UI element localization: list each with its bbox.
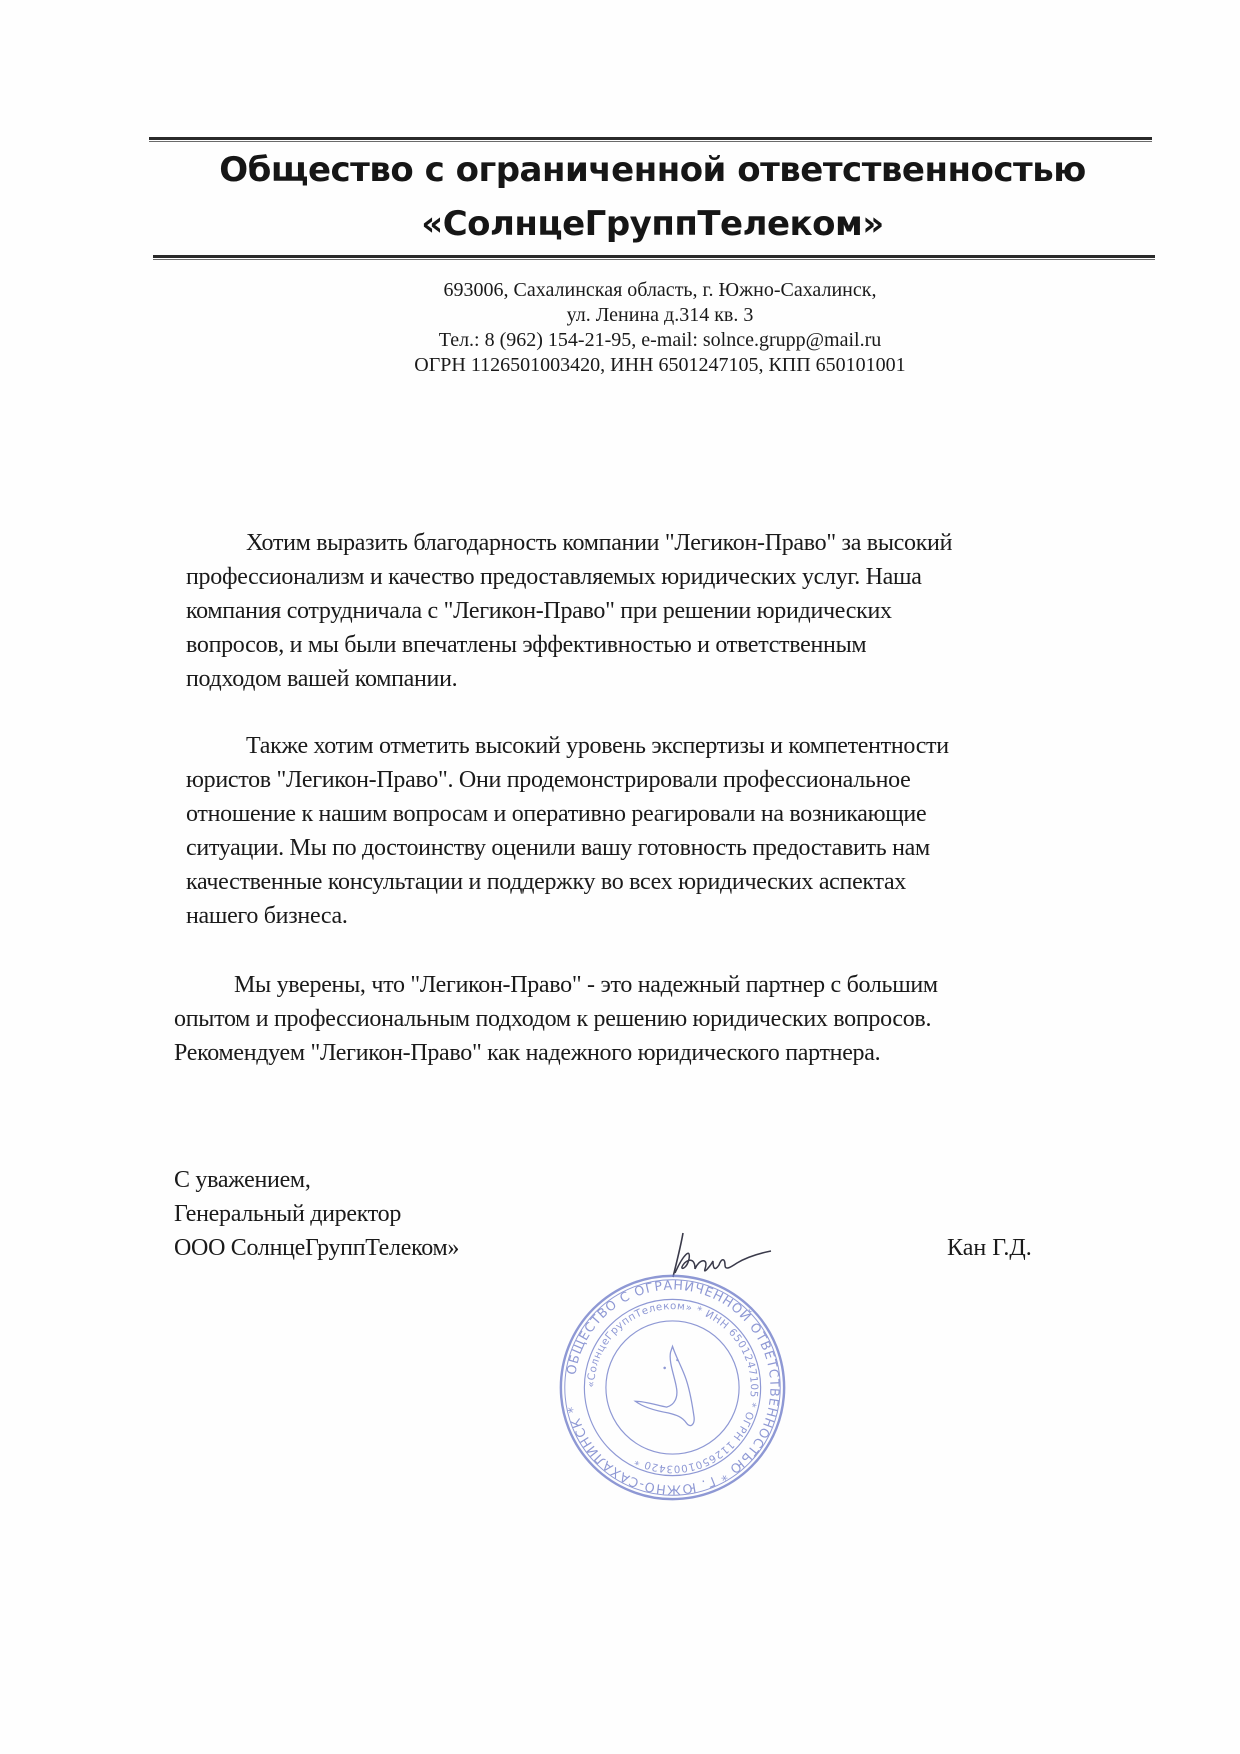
paragraph-gratitude: Хотим выразить благодарность компании "Л…	[186, 526, 952, 696]
paragraph-line: Также хотим отметить высокий уровень экс…	[186, 729, 949, 763]
address-line2: ул. Ленина д.314 кв. 3	[300, 303, 1020, 328]
salutation: С уважением,	[174, 1163, 459, 1197]
paragraph-line: качественные консультации и поддержку во…	[186, 865, 949, 899]
paragraph-line: вопросов, и мы были впечатлены эффективн…	[186, 628, 952, 662]
paragraph-expertise: Также хотим отметить высокий уровень экс…	[186, 729, 949, 933]
closing-block: С уважением, Генеральный директор ООО Со…	[174, 1163, 459, 1265]
paragraph-line: нашего бизнеса.	[186, 899, 949, 933]
paragraph-line: компания сотрудничала с "Легикон-Право" …	[186, 594, 952, 628]
paragraph-line: опытом и профессиональным подходом к реш…	[174, 1002, 938, 1036]
signer-position: Генеральный директор	[174, 1197, 459, 1231]
paragraph-line: профессионализм и качество предоставляем…	[186, 560, 952, 594]
company-title-line1: Общество с ограниченной ответственностью	[150, 146, 1155, 194]
paragraph-line: Хотим выразить благодарность компании "Л…	[186, 526, 952, 560]
contacts-line: Тел.: 8 (962) 154-21-95, e-mail: solnce.…	[300, 328, 1020, 353]
svg-text:«СолнцеГруппТелеком» * ИНН 650: «СолнцеГруппТелеком» * ИНН 6501247105 * …	[585, 1300, 760, 1475]
paragraph-recommendation: Мы уверены, что "Легикон-Право" - это на…	[174, 968, 938, 1070]
header-top-rule	[149, 137, 1152, 142]
registration-line: ОГРН 1126501003420, ИНН 6501247105, КПП …	[300, 353, 1020, 378]
company-seal-icon: ОБЩЕСТВО С ОГРАНИЧЕННОЙ ОТВЕТСТВЕННОСТЬЮ…	[555, 1270, 790, 1505]
paragraph-line: подходом вашей компании.	[186, 662, 952, 696]
company-title-line2: «СолнцеГруппТелеком»	[150, 200, 1155, 248]
paragraph-line: Мы уверены, что "Легикон-Право" - это на…	[174, 968, 938, 1002]
company-requisites: 693006, Сахалинская область, г. Южно-Сах…	[300, 278, 1020, 378]
signer-organization: ООО СолнцеГруппТелеком»	[174, 1231, 459, 1265]
header-bottom-rule	[153, 255, 1155, 260]
paragraph-line: юристов "Легикон-Право". Они продемонстр…	[186, 763, 949, 797]
address-line1: 693006, Сахалинская область, г. Южно-Сах…	[300, 278, 1020, 303]
paragraph-line: Рекомендуем "Легикон-Право" как надежног…	[174, 1036, 938, 1070]
signer-name: Кан Г.Д.	[947, 1231, 1032, 1265]
paragraph-line: ситуации. Мы по достоинству оценили вашу…	[186, 831, 949, 865]
paragraph-line: отношение к нашим вопросам и оперативно …	[186, 797, 949, 831]
